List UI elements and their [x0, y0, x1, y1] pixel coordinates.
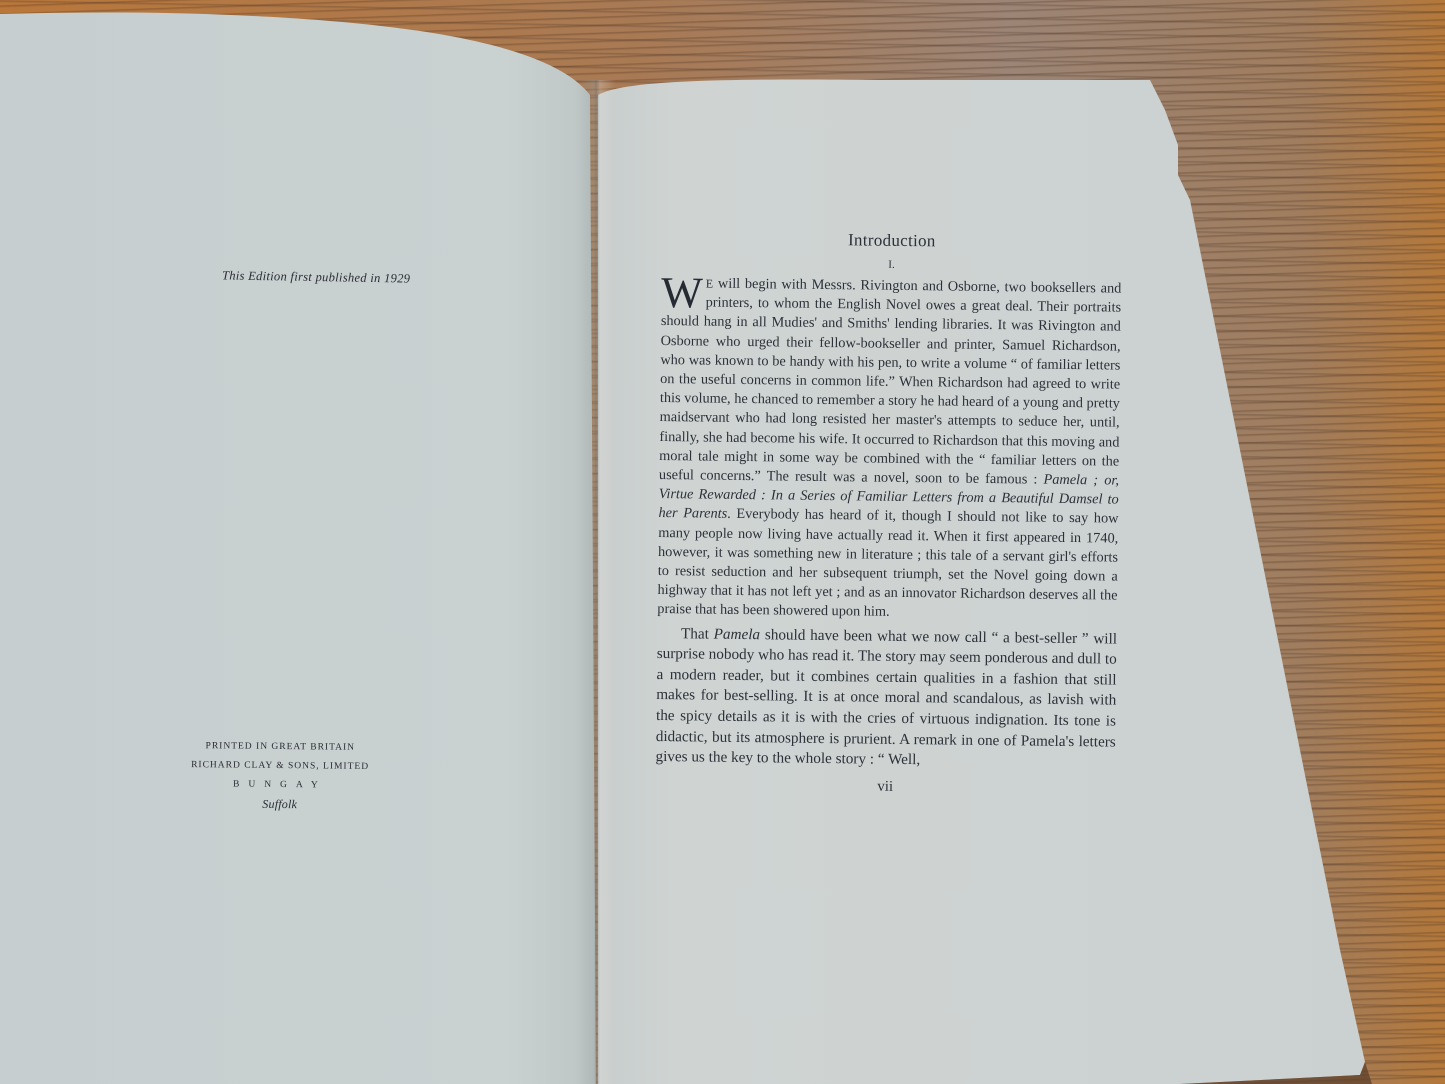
- imprint-line-4: Suffolk: [170, 794, 390, 815]
- paragraph-1: WE will begin with Messrs. Rivington and…: [657, 274, 1121, 625]
- imprint-line-3: BUNGAY: [170, 775, 390, 796]
- imprint-line-1: PRINTED IN GREAT BRITAIN: [170, 737, 390, 758]
- imprint-line-2: RICHARD CLAY & SONS, LIMITED: [170, 756, 390, 777]
- left-page: [0, 12, 596, 1084]
- printer-imprint: PRINTED IN GREAT BRITAIN RICHARD CLAY & …: [170, 737, 391, 815]
- introduction-page: Introduction I. WE will begin with Messr…: [655, 228, 1122, 798]
- book-gutter: [576, 80, 616, 1084]
- paragraph-1-intro: will begin with Messrs. Rivington and Os…: [659, 276, 1122, 488]
- paragraph-2: That Pamela should have been what we now…: [655, 624, 1117, 774]
- pamela-italic: Pamela: [714, 625, 761, 643]
- section-number: I.: [662, 256, 1122, 274]
- chapter-title: Introduction: [662, 228, 1122, 254]
- paragraph-2-lead: That: [681, 625, 714, 642]
- paragraph-1-rest: . Everybody has heard of it, though I sh…: [657, 506, 1118, 620]
- drop-cap: W: [661, 276, 703, 311]
- paragraph-2-text: should have been what we now call “ a be…: [655, 626, 1117, 769]
